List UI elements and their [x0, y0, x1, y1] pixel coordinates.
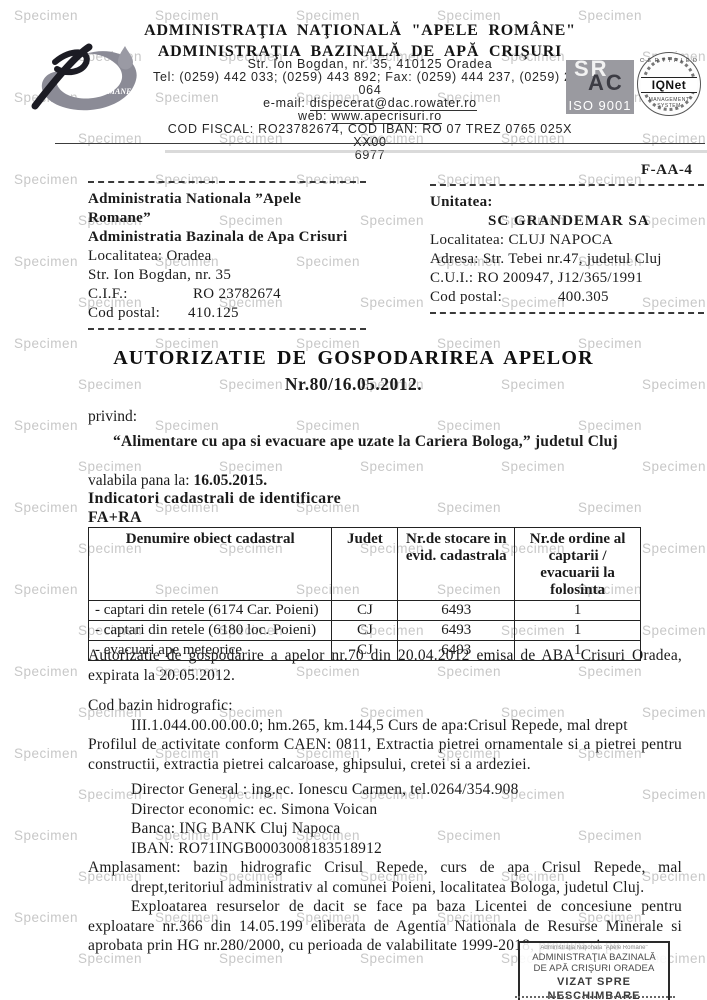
dashed-separator [88, 181, 366, 183]
stamp-vizat-line: VIZAT SPRE [521, 976, 667, 988]
email-label: e-mail: [263, 96, 310, 110]
issuer-postal-value: 410.125 [188, 305, 239, 321]
cod-bazin-value: III.1.044.00.00.00.0; hm.265, km.144,5 C… [88, 716, 682, 736]
scanned-document-page: SpecimenSpecimenSpecimenSpecimenSpecimen… [0, 0, 707, 1000]
cadastral-heading-line2: FA+RA [88, 508, 341, 527]
issuer-street: Str. Ion Bogdan, nr. 35 [88, 266, 366, 285]
unit-locality-value: CLUJ NAPOCA [508, 232, 613, 248]
stamp-org-line2: DE APĂ CRIŞURI ORADEA [521, 963, 667, 974]
director-general-line: Director General : ing.ec. Ionescu Carme… [131, 780, 682, 800]
web-label: web: [298, 109, 331, 123]
issuer-address-block: Administratia Nationala ”Apele Romane” A… [88, 181, 366, 330]
table-header-ordine: Nr.de ordine al captarii / evacuarii la … [515, 528, 641, 601]
unit-cui-row: C.U.I.: RO 200947, J12/365/1991 [430, 269, 704, 288]
paragraph-profil-activitate: Profilul de activitate conform CAEN: 081… [88, 735, 682, 774]
unit-postal-label: Cod postal: [430, 288, 558, 307]
cell-ordine: 1 [515, 601, 641, 621]
table-header-denumire: Denumire obiect cadastral [89, 528, 332, 601]
document-title: AUTORIZATIE DE GOSPODARIREA APELOR [0, 347, 707, 370]
issuer-locality: Localitatea: Oradea [88, 247, 366, 266]
cadastral-table: Denumire obiect cadastral Judet Nr.de st… [88, 527, 641, 661]
unit-address-value: Str. Tebei nr.47, judetul Cluj [483, 251, 662, 267]
unit-locality: Localitatea: CLUJ NAPOCA [430, 231, 704, 250]
stamp-neschimbare-line: NESCHIMBARE [521, 990, 667, 1000]
header-divider-line [55, 143, 705, 144]
table-header-row: Denumire obiect cadastral Judet Nr.de st… [89, 528, 641, 601]
unit-locality-label: Localitatea: [430, 232, 504, 248]
cadastral-heading: Indicatori cadastrali de identificare FA… [88, 489, 341, 527]
subject-line: “Alimentare cu apa si evacuare ape uzate… [88, 433, 688, 451]
issuer-locality-value: Oradea [166, 248, 211, 264]
org-name-line1: ADMINISTRAŢIA NAŢIONALĂ "APELE ROMÂNE" [140, 20, 580, 41]
unit-address-label: Adresa: [430, 251, 479, 267]
table-header-stocare: Nr.de stocare in evid. cadastrala [398, 528, 515, 601]
header-fiscal-line: COD FISCAL: RO23782674, COD IBAN: RO 07 … [150, 123, 590, 149]
unit-address-block: Unitatea: SC GRANDEMAR SA Localitatea: C… [430, 184, 704, 314]
header-contact-block: Str. Ion Bogdan, nr. 35, 410125 Oradea T… [150, 58, 590, 162]
issuer-cif-row: C.I.F.:RO 23782674 [88, 285, 366, 304]
validity-line: valabila pana la: 16.05.2015. [88, 472, 688, 490]
iqnet-bottom-text: MANAGEMENT SYSTEM [638, 97, 700, 109]
bottom-dotted-line [515, 996, 675, 998]
paragraph-autorizatie-anterioara: Autorizatie de gospodarire a apelor nr.7… [88, 646, 682, 685]
document-title-block: AUTORIZATIE DE GOSPODARIREA APELOR Nr.80… [0, 347, 707, 395]
svg-text:APELE ROMANE: APELE ROMANE [68, 87, 131, 96]
iqnet-label: IQNet [641, 77, 697, 93]
director-economic-line: Director economic: ec. Simona Voican [131, 800, 682, 820]
cadastral-table-head: Denumire obiect cadastral Judet Nr.de st… [89, 528, 641, 601]
table-row: - captari din retele (6174 Car. Poieni) … [89, 601, 641, 621]
issuer-cif-value: RO 23782674 [193, 286, 281, 302]
iban-line: IBAN: RO71INGB0003008183518912 [131, 839, 682, 859]
srac-iso9001-badge: SR AC ISO 9001 [566, 60, 634, 114]
unit-label: Unitatea: [430, 193, 704, 212]
header-scan-smudge [165, 150, 707, 153]
unit-name: SC GRANDEMAR SA [430, 212, 704, 231]
issuer-title1: Administratia Nationala ”Apele Romane” [88, 190, 366, 228]
unit-postal-value: 400.305 [558, 289, 609, 305]
cell-stocare: 6493 [398, 621, 515, 641]
cell-ordine: 1 [515, 621, 641, 641]
dashed-separator [430, 184, 704, 186]
cell-denumire: - captari din retele (6174 Car. Poieni) [89, 601, 332, 621]
iqnet-badge: C E R T I F I E D IQNet MANAGEMENT SYSTE… [637, 52, 701, 116]
validity-date: 16.05.2015. [193, 472, 267, 489]
apele-romane-logo: APELE ROMANE [25, 38, 153, 120]
cell-judet: CJ [332, 601, 398, 621]
cod-bazin-label: Cod bazin hidrografic: [88, 696, 682, 716]
header-org-block: ADMINISTRAŢIA NAŢIONALĂ "APELE ROMÂNE" A… [140, 20, 580, 62]
table-row: - captari din retele (6180 loc. Poieni) … [89, 621, 641, 641]
issuer-cif-label: C.I.F.: [88, 285, 193, 304]
banca-line: Banca: ING BANK Cluj Napoca [131, 819, 682, 839]
cadastral-heading-line1: Indicatori cadastrali de identificare [88, 489, 341, 508]
document-body: Autorizatie de gospodarire a apelor nr.7… [88, 646, 682, 956]
unit-cui-label: C.U.I.: [430, 270, 473, 286]
paragraph-amplasament: Amplasament: bazin hidrografic Crisul Re… [88, 858, 682, 897]
cell-stocare: 6493 [398, 601, 515, 621]
issuer-title2: Administratia Bazinala de Apa Crisuri [88, 228, 366, 247]
form-code: F-AA-4 [641, 162, 692, 179]
issuer-postal-label: Cod postal: [88, 304, 188, 323]
iqnet-top-text: C E R T I F I E D [638, 58, 700, 64]
unit-cui-value: RO 200947, J12/365/1991 [477, 270, 643, 286]
issuer-postal-row: Cod postal:410.125 [88, 304, 366, 323]
table-header-judet: Judet [332, 528, 398, 601]
srac-ac-text: AC [588, 70, 624, 96]
privind-label: privind: [88, 408, 688, 426]
cell-judet: CJ [332, 621, 398, 641]
contact-persons-block: Director General : ing.ec. Ionescu Carme… [131, 780, 682, 858]
vizat-stamp: Administraţia Naţională "Apele Române" A… [518, 941, 670, 1000]
subject-section: privind: “Alimentare cu apa si evacuare … [88, 408, 688, 490]
dashed-separator [88, 328, 366, 330]
stamp-org-tiny: Administraţia Naţională "Apele Române" [521, 945, 667, 952]
document-content: APELE ROMANE ADMINISTRAŢIA NAŢIONALĂ "AP… [0, 0, 707, 1000]
stamp-org-line1: ADMINISTRAŢIA BAZINALĂ [521, 952, 667, 963]
unit-postal-row: Cod postal:400.305 [430, 288, 704, 307]
document-number: Nr.80/16.05.2012. [0, 374, 707, 395]
cell-denumire: - captari din retele (6180 loc. Poieni) [89, 621, 332, 641]
issuer-locality-label: Localitatea: [88, 248, 162, 264]
logo-swirl-icon: APELE ROMANE [25, 38, 153, 120]
validity-label: valabila pana la: [88, 472, 193, 489]
unit-address: Adresa: Str. Tebei nr.47, judetul Cluj [430, 250, 704, 269]
dashed-separator [430, 312, 704, 314]
iso9001-text: ISO 9001 [566, 98, 634, 113]
